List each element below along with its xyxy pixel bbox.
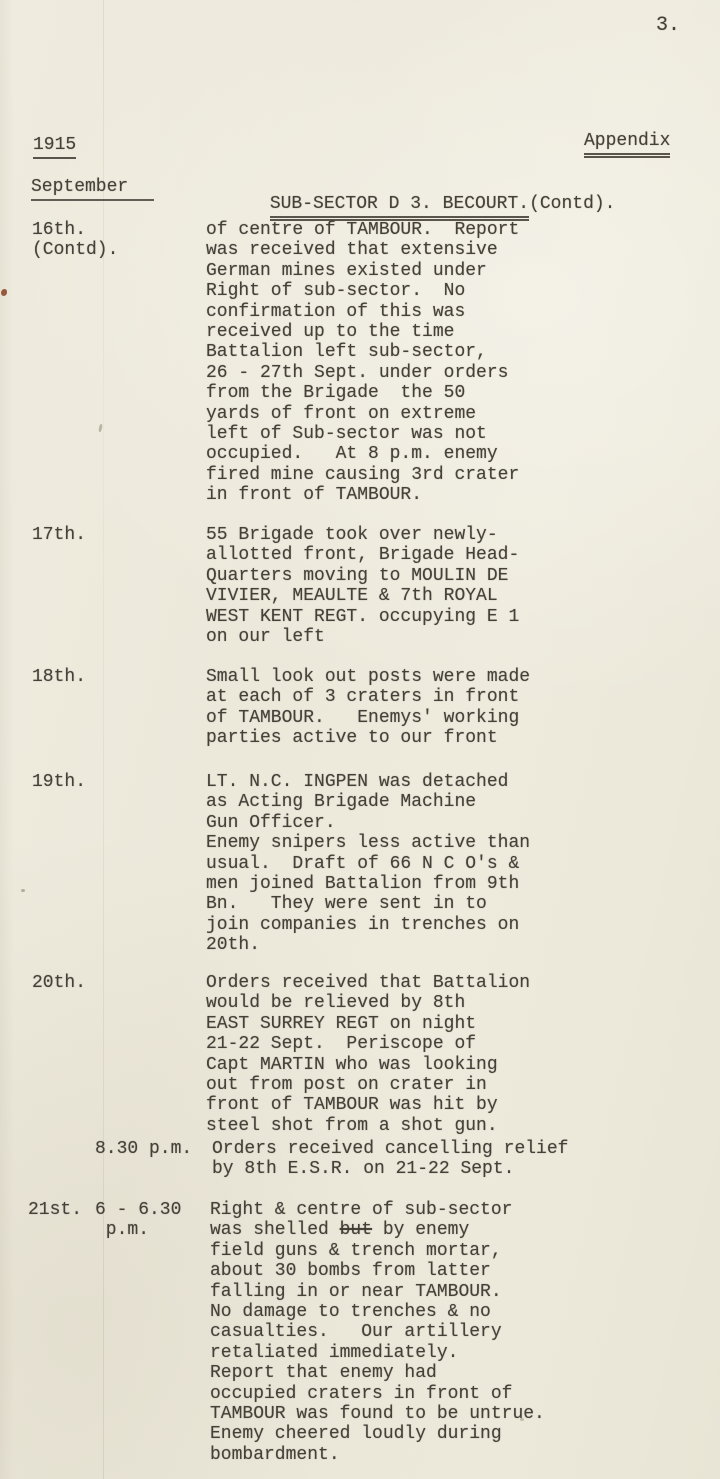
entry-line: join companies in trenches on <box>206 915 530 935</box>
entry-body: Orders received cancelling reliefby 8th … <box>212 1139 568 1180</box>
entry-line: allotted front, Brigade Head- <box>206 545 519 565</box>
entry-line: would be relieved by 8th <box>206 993 530 1013</box>
entry-line: in front of TAMBOUR. <box>206 485 519 505</box>
entry-line: confirmation of this was <box>206 302 519 322</box>
entry-date-line: (Contd). <box>32 240 118 260</box>
entry-line: 26 - 27th Sept. under orders <box>206 363 519 383</box>
entry-body: Right & centre of sub-sectorwas shelled … <box>210 1200 545 1465</box>
entry-line: front of TAMBOUR was hit by <box>206 1095 530 1115</box>
entry-line: Bn. They were sent in to <box>206 894 530 914</box>
entry-line: Enemy snipers less active than <box>206 833 530 853</box>
entry-body: 55 Brigade took over newly-allotted fron… <box>206 525 519 647</box>
entry-time-line: 6 - 6.30 <box>95 1200 181 1220</box>
entry-line: Right & centre of sub-sector <box>210 1200 545 1220</box>
entry-line: Orders received cancelling relief <box>212 1139 568 1159</box>
entry-line: steel shot from a shot gun. <box>206 1116 530 1136</box>
entry-line: retaliated immediately. <box>210 1343 545 1363</box>
entry-date-line: 17th. <box>32 525 86 545</box>
entry-line: parties active to our front <box>206 728 530 748</box>
entry-time: 6 - 6.30 p.m. <box>95 1200 181 1241</box>
entry-date: 16th.(Contd). <box>32 220 118 261</box>
entry-body: Orders received that Battalionwould be r… <box>206 973 530 1136</box>
entry-line: yards of front on extreme <box>206 404 519 424</box>
entry-body: LT. N.C. INGPEN was detachedas Acting Br… <box>206 772 530 956</box>
entry-line: about 30 bombs from latter <box>210 1261 545 1281</box>
entry-line: from the Brigade the 50 <box>206 383 519 403</box>
entry-line: Orders received that Battalion <box>206 973 530 993</box>
struck-word: but <box>340 1220 372 1240</box>
entry-date-line: 16th. <box>32 220 118 240</box>
entry-line: VIVIER, MEAULTE & 7th ROYAL <box>206 586 519 606</box>
entry-line: usual. Draft of 66 N C O's & <box>206 854 530 874</box>
entry-line: as Acting Brigade Machine <box>206 792 530 812</box>
entry-line: at each of 3 craters in front <box>206 687 530 707</box>
entry-line: occupied. At 8 p.m. enemy <box>206 444 519 464</box>
entry-line: men joined Battalion from 9th <box>206 874 530 894</box>
entry-line: Report that enemy had <box>210 1363 545 1383</box>
entry-line: Battalion left sub-sector, <box>206 342 519 362</box>
entry-line: bombardment. <box>210 1445 545 1465</box>
entry-line: out from post on crater in <box>206 1075 530 1095</box>
entry-body: of centre of TAMBOUR. Reportwas received… <box>206 220 519 506</box>
entry-line: field guns & trench mortar, <box>210 1241 545 1261</box>
entry-line: Quarters moving to MOULIN DE <box>206 566 519 586</box>
entry-date-line: 19th. <box>32 772 86 792</box>
entry-line: was shelled but by enemy <box>210 1220 545 1240</box>
entry-line: Capt MARTIN who was looking <box>206 1055 530 1075</box>
entry-date: 19th. <box>32 772 86 792</box>
entry-line: 21-22 Sept. Periscope of <box>206 1034 530 1054</box>
entry-line: left of Sub-sector was not <box>206 424 519 444</box>
text-segment: was shelled <box>210 1220 340 1240</box>
entry-date: 20th. <box>32 973 86 993</box>
entry-line: on our left <box>206 627 519 647</box>
entry-line: occupied craters in front of <box>210 1384 545 1404</box>
entry-date: 18th. <box>32 667 86 687</box>
entry-line: WEST KENT REGT. occupying E 1 <box>206 607 519 627</box>
entry-line: was received that extensive <box>206 240 519 260</box>
entry-line: EAST SURREY REGT on night <box>206 1014 530 1034</box>
entry-line: Enemy cheered loudly during <box>210 1424 545 1444</box>
entry-line: received up to the time <box>206 322 519 342</box>
entry-line: by 8th E.S.R. on 21-22 Sept. <box>212 1159 568 1179</box>
entries: 16th.(Contd).of centre of TAMBOUR. Repor… <box>0 0 720 1479</box>
entry-line: German mines existed under <box>206 261 519 281</box>
entry-line: casualties. Our artillery <box>210 1322 545 1342</box>
entry-line: Small look out posts were made <box>206 667 530 687</box>
entry-line: 55 Brigade took over newly- <box>206 525 519 545</box>
diary-page: 3. 1915 Appendix September SUB-SECTOR D … <box>0 0 720 1479</box>
entry-line: TAMBOUR was found to be untrue. <box>210 1404 545 1424</box>
text-segment: by enemy <box>372 1220 469 1240</box>
entry-date: 21st. <box>28 1200 82 1220</box>
entry-time-line: 8.30 p.m. <box>95 1139 192 1159</box>
entry-line: falling in or near TAMBOUR. <box>210 1282 545 1302</box>
entry-line: Gun Officer. <box>206 813 530 833</box>
entry-date-line: 18th. <box>32 667 86 687</box>
entry-line: 20th. <box>206 935 530 955</box>
entry-date: 17th. <box>32 525 86 545</box>
entry-line: of TAMBOUR. Enemys' working <box>206 708 530 728</box>
entry-line: fired mine causing 3rd crater <box>206 465 519 485</box>
entry-line: Right of sub-sector. No <box>206 281 519 301</box>
entry-line: No damage to trenches & no <box>210 1302 545 1322</box>
entry-line: LT. N.C. INGPEN was detached <box>206 772 530 792</box>
entry-time-line: p.m. <box>95 1220 181 1240</box>
entry-body: Small look out posts were madeat each of… <box>206 667 530 749</box>
entry-time: 8.30 p.m. <box>95 1139 192 1159</box>
entry-date-line: 21st. <box>28 1200 82 1220</box>
entry-date-line: 20th. <box>32 973 86 993</box>
entry-line: of centre of TAMBOUR. Report <box>206 220 519 240</box>
